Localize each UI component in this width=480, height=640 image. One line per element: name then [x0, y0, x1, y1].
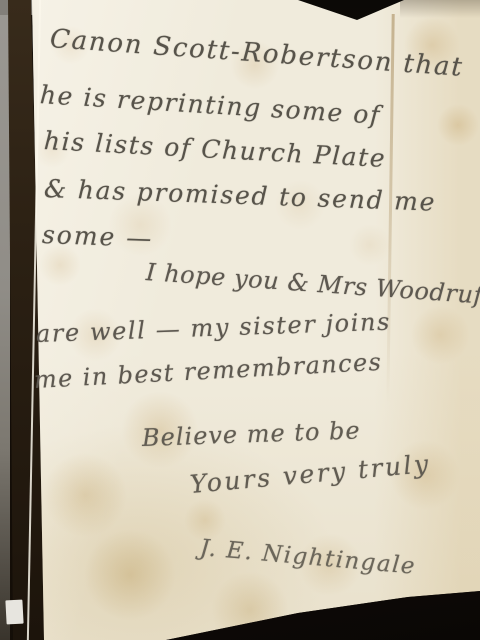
handwriting-line-10: Yours very truly	[189, 449, 432, 499]
handwritten-letter: Canon Scott-Robertson that he is reprint…	[0, 0, 480, 640]
handwriting-line-5: some —	[41, 220, 153, 253]
handwriting-signature: J. E. Nightingale	[199, 535, 417, 580]
handwriting-line-8: me in best remembrances	[33, 348, 383, 394]
handwriting-line-2: he is reprinting some of	[39, 80, 382, 130]
handwriting-line-3: his lists of Church Plate	[43, 126, 387, 173]
handwriting-line-6: I hope you & Mrs Woodruff	[145, 258, 480, 310]
handwriting-line-1: Canon Scott-Robertson that	[49, 24, 465, 83]
handwriting-line-4: & has promised to send me	[43, 174, 436, 217]
handwriting-line-7: are well — my sister joins	[36, 308, 392, 348]
book-photo: Canon Scott-Robertson that he is reprint…	[0, 0, 480, 640]
handwriting-line-9: Believe me to be	[142, 416, 362, 452]
